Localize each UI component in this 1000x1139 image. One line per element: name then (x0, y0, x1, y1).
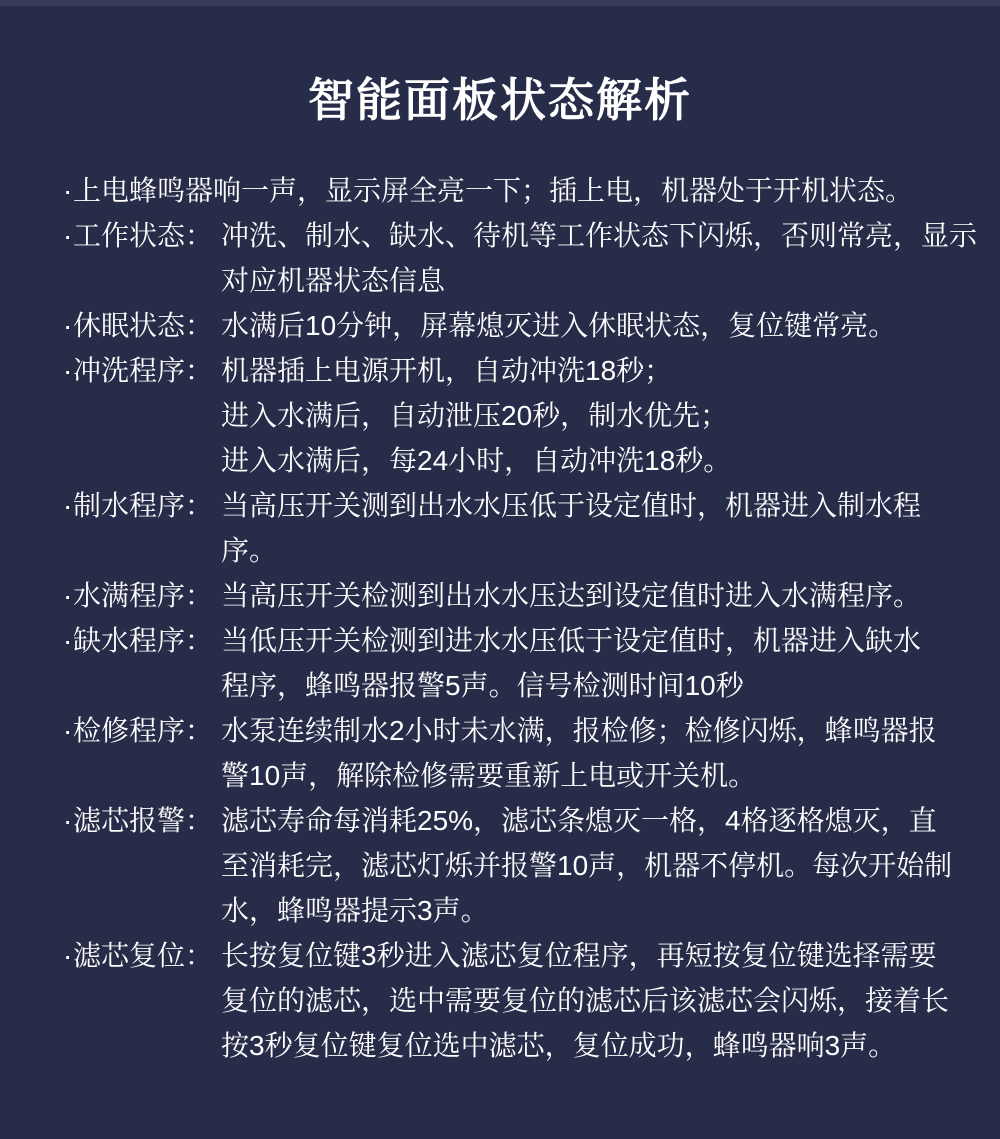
status-item-label: 冲洗程序： (73, 348, 221, 393)
status-item-text: 冲洗、制水、缺水、待机等工作状态下闪烁，否则常亮，显示 (221, 213, 977, 258)
status-item-water-making-program: · 制水程序： 当高压开关测到出水水压低于设定值时，机器进入制水程 序。 (63, 483, 960, 573)
status-item-label: 制水程序： (73, 483, 221, 528)
bullet-dot-icon: · (63, 213, 73, 258)
page-title: 智能面板状态解析 (0, 70, 1000, 130)
bullet-dot-icon: · (63, 798, 73, 843)
status-item-text: 当高压开关测到出水水压低于设定值时，机器进入制水程 (221, 483, 921, 528)
bullet-dot-icon: · (63, 168, 73, 213)
bullet-dot-icon: · (63, 348, 73, 393)
status-item-filter-alarm: · 滤芯报警： 滤芯寿命每消耗25%，滤芯条熄灭一格，4格逐格熄灭，直 至消耗完… (63, 798, 960, 933)
status-item-label: 检修程序： (73, 708, 221, 753)
status-item-working-state: · 工作状态： 冲洗、制水、缺水、待机等工作状态下闪烁，否则常亮，显示 对应机器… (63, 213, 960, 303)
status-item-text: 机器插上电源开机，自动冲洗18秒； (221, 348, 672, 393)
status-item-label: 休眠状态： (73, 303, 221, 348)
status-item-water-full-program: · 水满程序： 当高压开关检测到出水水压达到设定值时进入水满程序。 (63, 573, 960, 618)
status-item-text: 水，蜂鸣器提示3声。 (221, 888, 489, 933)
status-item-text: 长按复位键3秒进入滤芯复位程序，再短按复位键选择需要 (221, 933, 937, 978)
bullet-dot-icon: · (63, 708, 73, 753)
panel-status-page: 智能面板状态解析 · 上电蜂鸣器响一声，显示屏全亮一下；插上电，机器处于开机状态… (0, 0, 1000, 1139)
status-item-label: 水满程序： (73, 573, 221, 618)
status-item-text: 上电蜂鸣器响一声，显示屏全亮一下；插上电，机器处于开机状态。 (73, 168, 913, 213)
bullet-dot-icon: · (63, 618, 73, 663)
status-item-text: 进入水满后，每24小时，自动冲洗18秒。 (221, 438, 731, 483)
status-item-text: 警10声，解除检修需要重新上电或开关机。 (221, 753, 756, 798)
status-item-text: 按3秒复位键复位选中滤芯，复位成功，蜂鸣器响3声。 (221, 1023, 896, 1068)
status-item-filter-reset: · 滤芯复位： 长按复位键3秒进入滤芯复位程序，再短按复位键选择需要 复位的滤芯… (63, 933, 960, 1068)
bullet-dot-icon: · (63, 933, 73, 978)
status-item-text: 当低压开关检测到进水水压低于设定值时，机器进入缺水 (221, 618, 921, 663)
status-item-label: 滤芯报警： (73, 798, 221, 843)
status-item-text: 当高压开关检测到出水水压达到设定值时进入水满程序。 (221, 573, 921, 618)
status-item-maintenance-program: · 检修程序： 水泵连续制水2小时未水满，报检修；检修闪烁，蜂鸣器报 警10声，… (63, 708, 960, 798)
status-item-text: 水满后10分钟，屏幕熄灭进入休眠状态，复位键常亮。 (221, 303, 896, 348)
status-item-label: 缺水程序： (73, 618, 221, 663)
status-item-text: 滤芯寿命每消耗25%，滤芯条熄灭一格，4格逐格熄灭，直 (221, 798, 937, 843)
status-item-text: 程序，蜂鸣器报警5声。信号检测时间10秒 (221, 663, 744, 708)
status-item-text: 复位的滤芯，选中需要复位的滤芯后该滤芯会闪烁，接着长 (221, 978, 949, 1023)
bullet-dot-icon: · (63, 483, 73, 528)
status-item-text: 对应机器状态信息 (221, 258, 445, 303)
top-strip (0, 0, 1000, 6)
status-item-water-shortage-program: · 缺水程序： 当低压开关检测到进水水压低于设定值时，机器进入缺水 程序，蜂鸣器… (63, 618, 960, 708)
status-item-flush-program: · 冲洗程序： 机器插上电源开机，自动冲洗18秒； 进入水满后，自动泄压20秒，… (63, 348, 960, 483)
status-item-text: 序。 (221, 528, 277, 573)
status-item-power-on: · 上电蜂鸣器响一声，显示屏全亮一下；插上电，机器处于开机状态。 (63, 168, 960, 213)
status-list: · 上电蜂鸣器响一声，显示屏全亮一下；插上电，机器处于开机状态。 · 工作状态：… (0, 168, 1000, 1068)
status-item-text: 至消耗完，滤芯灯烁并报警10声，机器不停机。每次开始制 (221, 843, 952, 888)
status-item-label: 滤芯复位： (73, 933, 221, 978)
status-item-text: 进入水满后，自动泄压20秒，制水优先； (221, 393, 728, 438)
bullet-dot-icon: · (63, 573, 73, 618)
bullet-dot-icon: · (63, 303, 73, 348)
status-item-sleep-state: · 休眠状态： 水满后10分钟，屏幕熄灭进入休眠状态，复位键常亮。 (63, 303, 960, 348)
status-item-label: 工作状态： (73, 213, 221, 258)
status-item-text: 水泵连续制水2小时未水满，报检修；检修闪烁，蜂鸣器报 (221, 708, 937, 753)
